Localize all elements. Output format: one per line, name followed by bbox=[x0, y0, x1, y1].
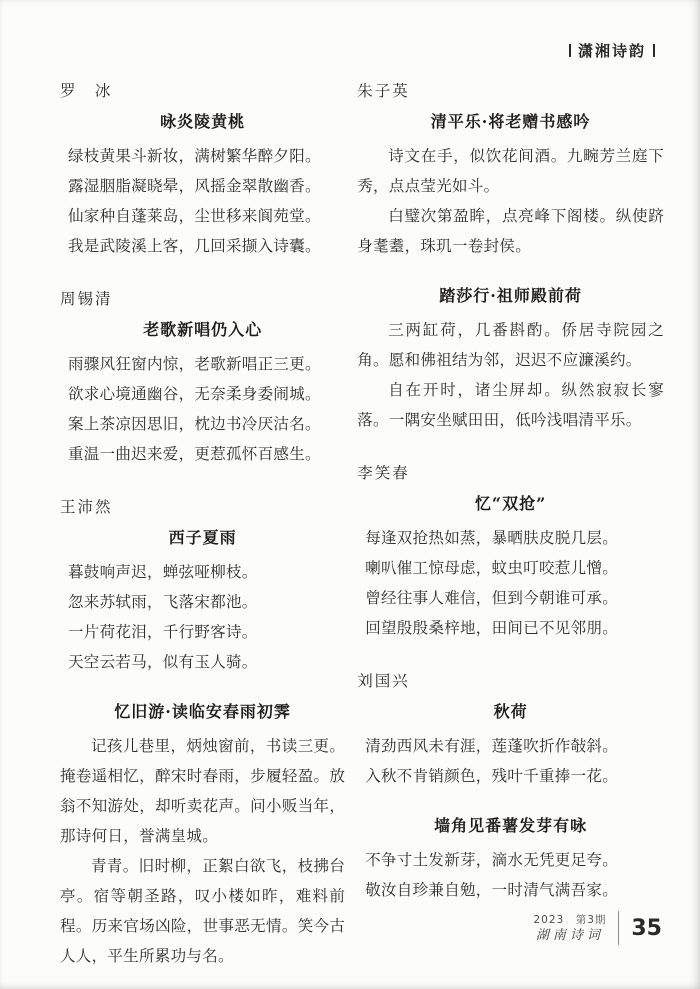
journal-name: 湖南诗词 bbox=[533, 927, 606, 944]
header-left-bar-icon bbox=[569, 44, 571, 57]
poem-line: 每逢双抢热如蒸，暴晒肤皮脱几层。 bbox=[357, 523, 664, 553]
poem-title: 墙角见番薯发芽有咏 bbox=[357, 813, 664, 839]
author-name: 刘国兴 bbox=[357, 669, 664, 693]
poem-line: 喇叭催工惊母虑，蚊虫叮咬惹儿憎。 bbox=[357, 553, 664, 583]
two-column-body: 罗 冰咏炎陵黄桃绿枝黄果斗新妆，满树繁华醉夕阳。露湿胭脂凝晓晕，风摇金翠散幽香。… bbox=[60, 77, 664, 971]
poem-line: 露湿胭脂凝晓晕，风摇金翠散幽香。 bbox=[60, 171, 345, 201]
poem-line: 不争寸土发新芽，滴水无凭更足夸。 bbox=[357, 845, 664, 875]
poem-title: 秋荷 bbox=[357, 699, 664, 725]
page-footer: 2023 第3期 湖南诗词 35 bbox=[533, 911, 662, 945]
author-name: 王沛然 bbox=[60, 495, 345, 519]
poem-paragraph: 三两缸荷，几番斟酌。侨居寺院园之角。愿和佛祖结为邻，迟迟不应濂溪约。 bbox=[357, 315, 664, 375]
poem-paragraph: 青青。旧时柳，正絮白欲飞，枝拂台亭。宿等朝圣路，叹小楼如昨，难料前程。历来官场凶… bbox=[60, 851, 345, 971]
poem-line: 绿枝黄果斗新妆，满树繁华醉夕阳。 bbox=[60, 141, 345, 171]
poem-line: 案上茶凉因思旧，枕边书冷厌沽名。 bbox=[60, 409, 345, 439]
poem-title: 老歌新唱仍入心 bbox=[60, 317, 345, 343]
poem-line: 暮鼓响声迟，蝉弦哑柳枝。 bbox=[60, 557, 345, 587]
poem-line: 忽来苏轼雨，飞落宋都池。 bbox=[60, 587, 345, 617]
poem-title: 西子夏雨 bbox=[60, 525, 345, 551]
poem-line: 入秋不肯销颜色，残叶千重捧一花。 bbox=[357, 761, 664, 791]
header-right-bar-icon bbox=[653, 44, 655, 57]
poem-line: 我是武陵溪上客，几回采撷入诗囊。 bbox=[60, 231, 345, 261]
author-name: 李笑春 bbox=[357, 461, 664, 485]
issue-year: 2023 第3期 bbox=[533, 913, 606, 927]
poem-title: 忆“双抢” bbox=[357, 491, 664, 517]
poem-line: 雨骤风狂窗内惊，老歌新唱正三更。 bbox=[60, 349, 345, 379]
poem-title: 忆旧游·读临安春雨初霁 bbox=[60, 699, 345, 725]
poem-paragraph: 自在开时，诸尘屏却。纵然寂寂长寥落。一隅安坐赋田田，低吟浅唱清平乐。 bbox=[357, 375, 664, 435]
poem-paragraph: 记孩儿巷里，炳烛窗前，书读三更。掩卷遥相忆，醉宋时春雨，步履轻盈。放翁不知游处，… bbox=[60, 731, 345, 851]
poem-title: 踏莎行·祖师殿前荷 bbox=[357, 283, 664, 309]
journal-page: 潇湘诗韵 罗 冰咏炎陵黄桃绿枝黄果斗新妆，满树繁华醉夕阳。露湿胭脂凝晓晕，风摇金… bbox=[0, 0, 700, 989]
poem-line: 敬汝自珍兼自勉，一时清气满吾家。 bbox=[357, 875, 664, 905]
author-name: 周锡清 bbox=[60, 287, 345, 311]
section-header: 潇湘诗韵 bbox=[60, 40, 664, 61]
footer-divider bbox=[618, 911, 619, 945]
poem-line: 曾经往事人难信，但到今朝谁可承。 bbox=[357, 583, 664, 613]
author-name: 罗 冰 bbox=[60, 79, 345, 103]
issue-info: 2023 第3期 湖南诗词 bbox=[533, 913, 606, 944]
left-column: 罗 冰咏炎陵黄桃绿枝黄果斗新妆，满树繁华醉夕阳。露湿胭脂凝晓晕，风摇金翠散幽香。… bbox=[60, 77, 345, 971]
author-name: 朱子英 bbox=[357, 79, 664, 103]
poem-line: 一片荷花泪，千行野客诗。 bbox=[60, 617, 345, 647]
poem-paragraph: 诗文在手，似饮花间酒。九畹芳兰庭下秀，点点莹光如斗。 bbox=[357, 141, 664, 201]
section-header-title: 潇湘诗韵 bbox=[578, 42, 646, 60]
poem-paragraph: 白璧次第盈眸，点亮峰下阁楼。纵使跻身耄耋，珠玑一卷封侯。 bbox=[357, 201, 664, 261]
poem-title: 清平乐·将老赠书感吟 bbox=[357, 109, 664, 135]
poem-line: 回望殷殷桑梓地，田间已不见邻朋。 bbox=[357, 613, 664, 643]
poem-line: 欲求心境通幽谷，无奈柔身委闹城。 bbox=[60, 379, 345, 409]
poem-line: 天空云若马，似有玉人骑。 bbox=[60, 647, 345, 677]
right-column: 朱子英清平乐·将老赠书感吟诗文在手，似饮花间酒。九畹芳兰庭下秀，点点莹光如斗。白… bbox=[357, 77, 664, 971]
poem-line: 清劲西风未有涯，莲蓬吹折作敧斜。 bbox=[357, 731, 664, 761]
poem-line: 重温一曲迟来爱，更惹孤怀百感生。 bbox=[60, 439, 345, 469]
poem-line: 仙家种自蓬莱岛，尘世移来阆苑堂。 bbox=[60, 201, 345, 231]
poem-title: 咏炎陵黄桃 bbox=[60, 109, 345, 135]
page-number: 35 bbox=[631, 916, 662, 941]
